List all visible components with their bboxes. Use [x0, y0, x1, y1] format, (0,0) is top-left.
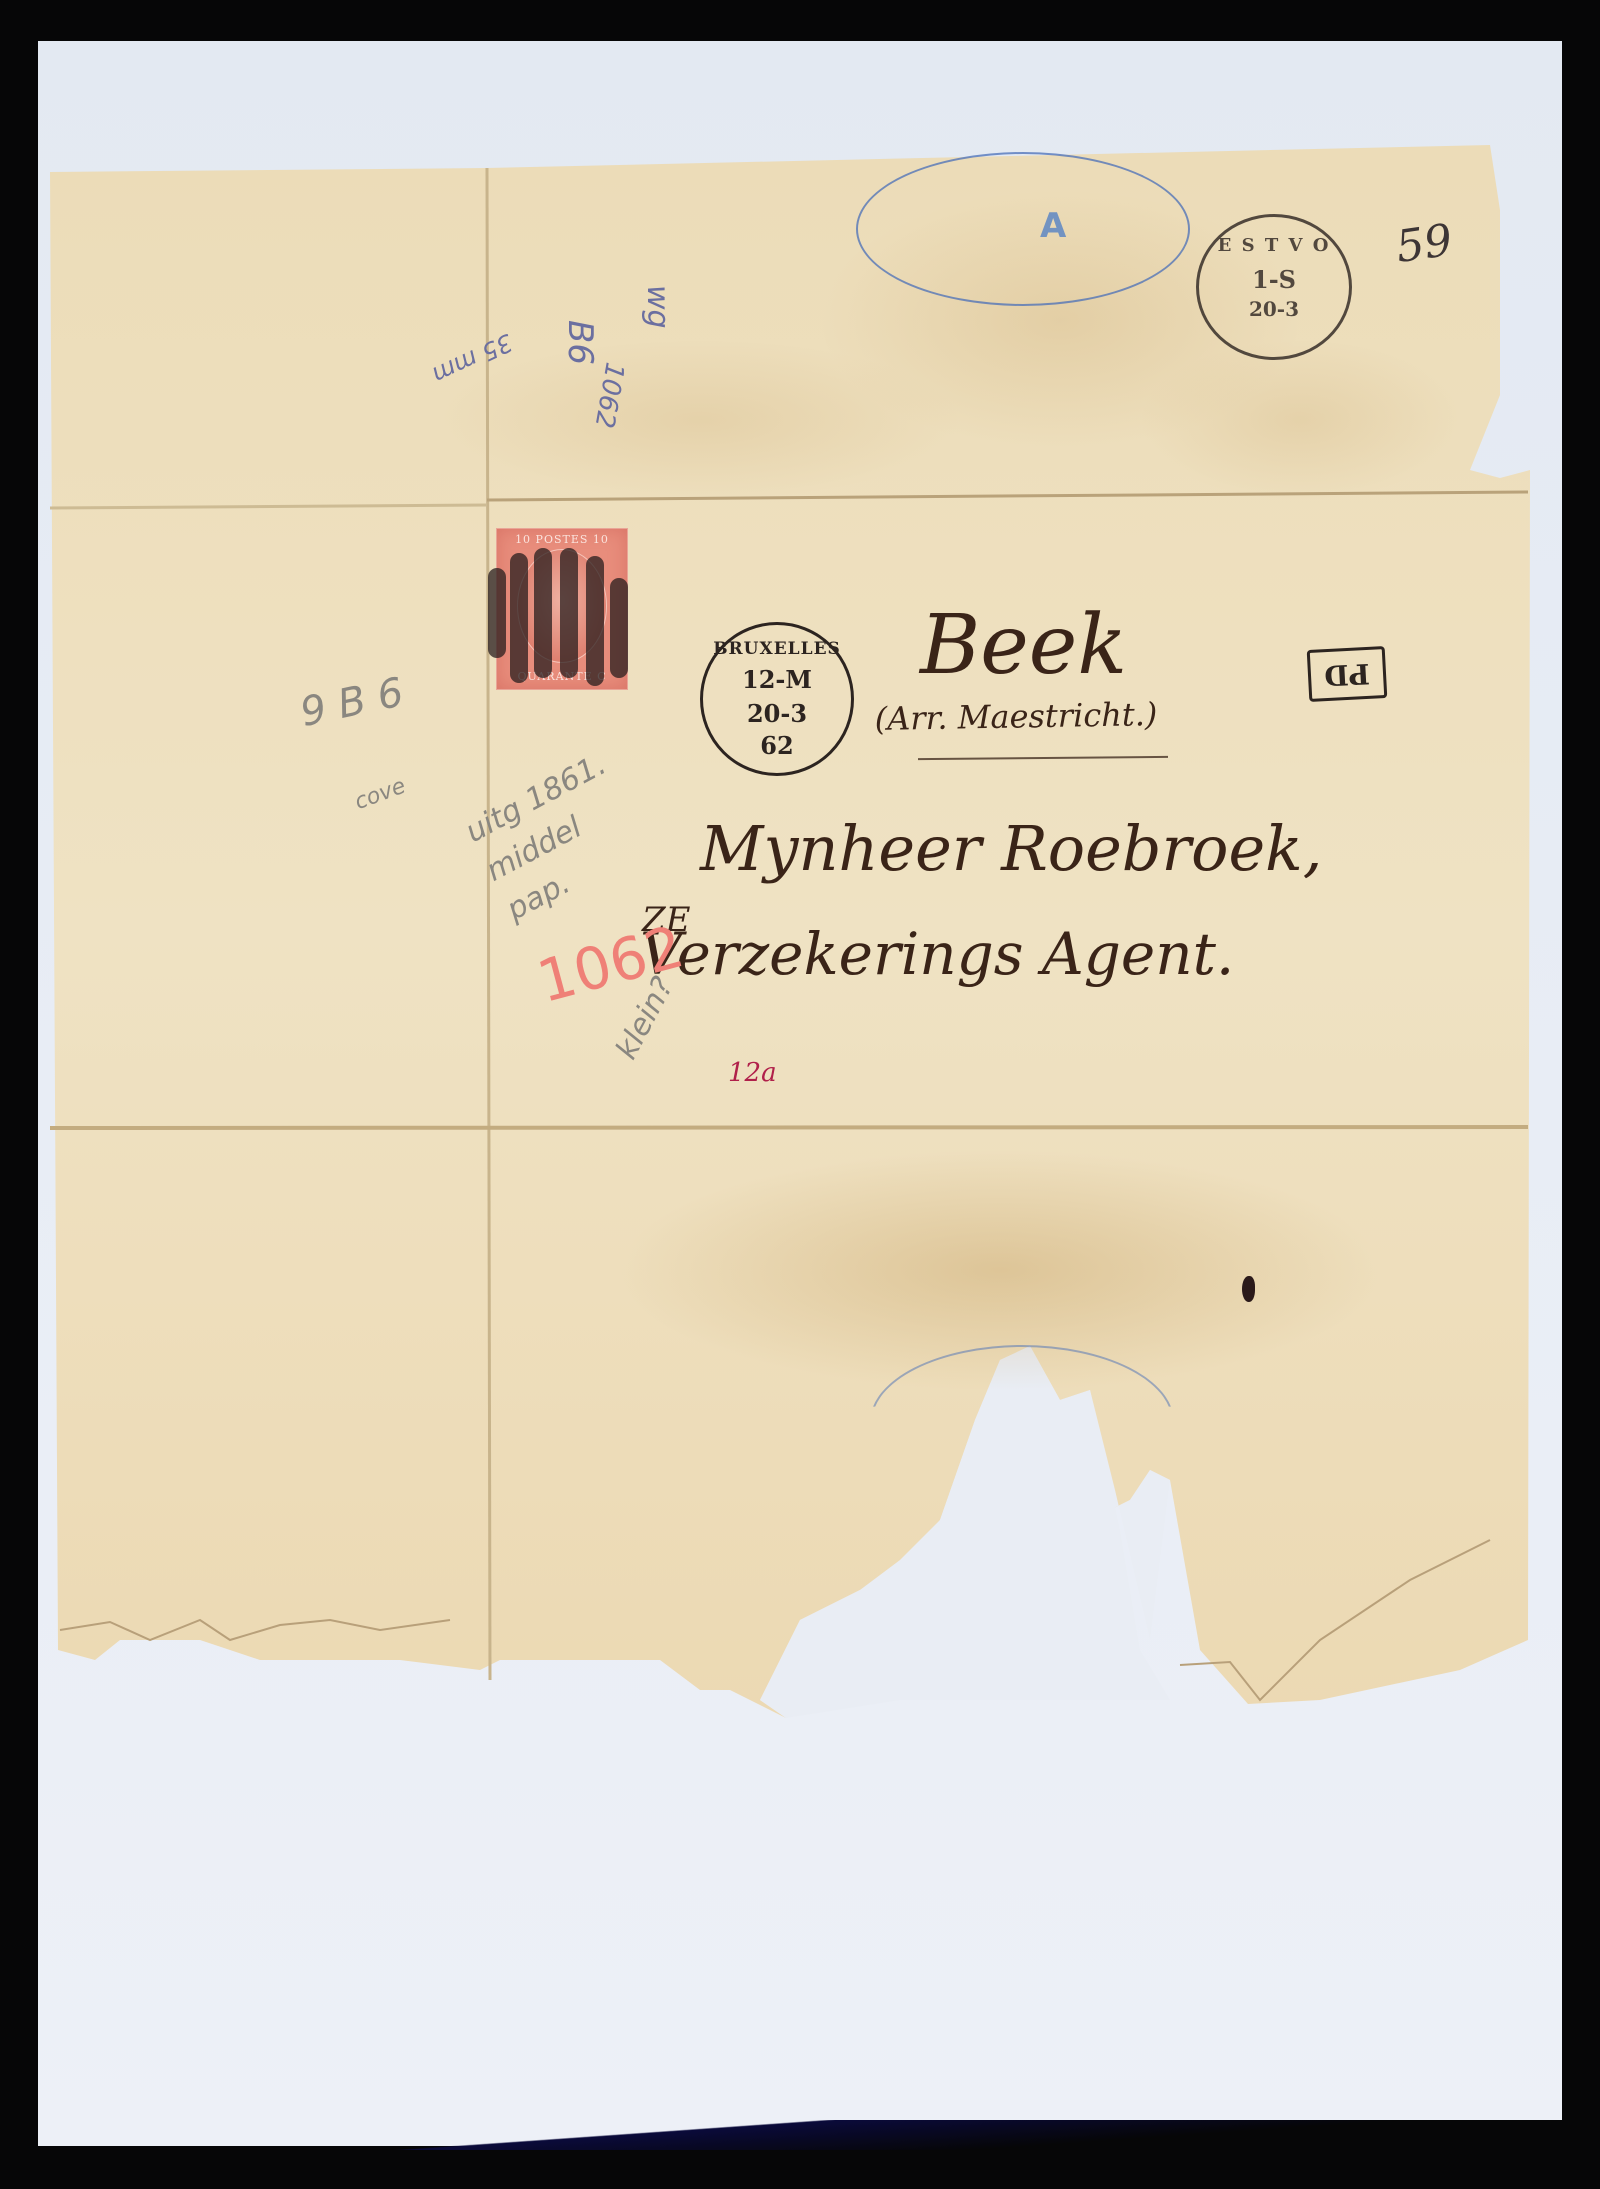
bruxelles-postmark: BRUXELLES 12-M 20-3 62 — [700, 622, 854, 776]
transit-time: 1-S — [1199, 265, 1349, 294]
bruxelles-time: 12-M — [703, 665, 851, 694]
magenta-note: 12a — [728, 1058, 777, 1088]
ink-blot — [1242, 1276, 1255, 1302]
barred-cancel — [488, 548, 638, 688]
blue-note-2: B6 — [560, 320, 600, 365]
bruxelles-town: BRUXELLES — [703, 639, 851, 659]
letter-paper — [0, 0, 1600, 2189]
blue-note-3: wg — [640, 285, 675, 329]
seal-letter: A — [1040, 206, 1066, 246]
address-profession: Verzekerings Agent. — [640, 920, 1234, 988]
transit-postmark: E S T V O 1-S 20-3 — [1196, 214, 1352, 360]
blue-oval-seal: A — [856, 152, 1190, 306]
transit-town: E S T V O — [1199, 235, 1349, 256]
bruxelles-year: 62 — [703, 731, 851, 760]
corner-number: 59 — [1393, 215, 1456, 273]
address-district: (Arr. Maestricht.) — [874, 695, 1157, 738]
stamp-top-text: 10 POSTES 10 — [497, 533, 627, 546]
address-recipient: Mynheer Roebroek, — [700, 812, 1322, 885]
bruxelles-date: 20-3 — [703, 699, 851, 728]
transit-date: 20-3 — [1199, 297, 1349, 321]
address-town: Beek — [920, 598, 1127, 693]
pd-handstamp: PD — [1307, 646, 1388, 702]
